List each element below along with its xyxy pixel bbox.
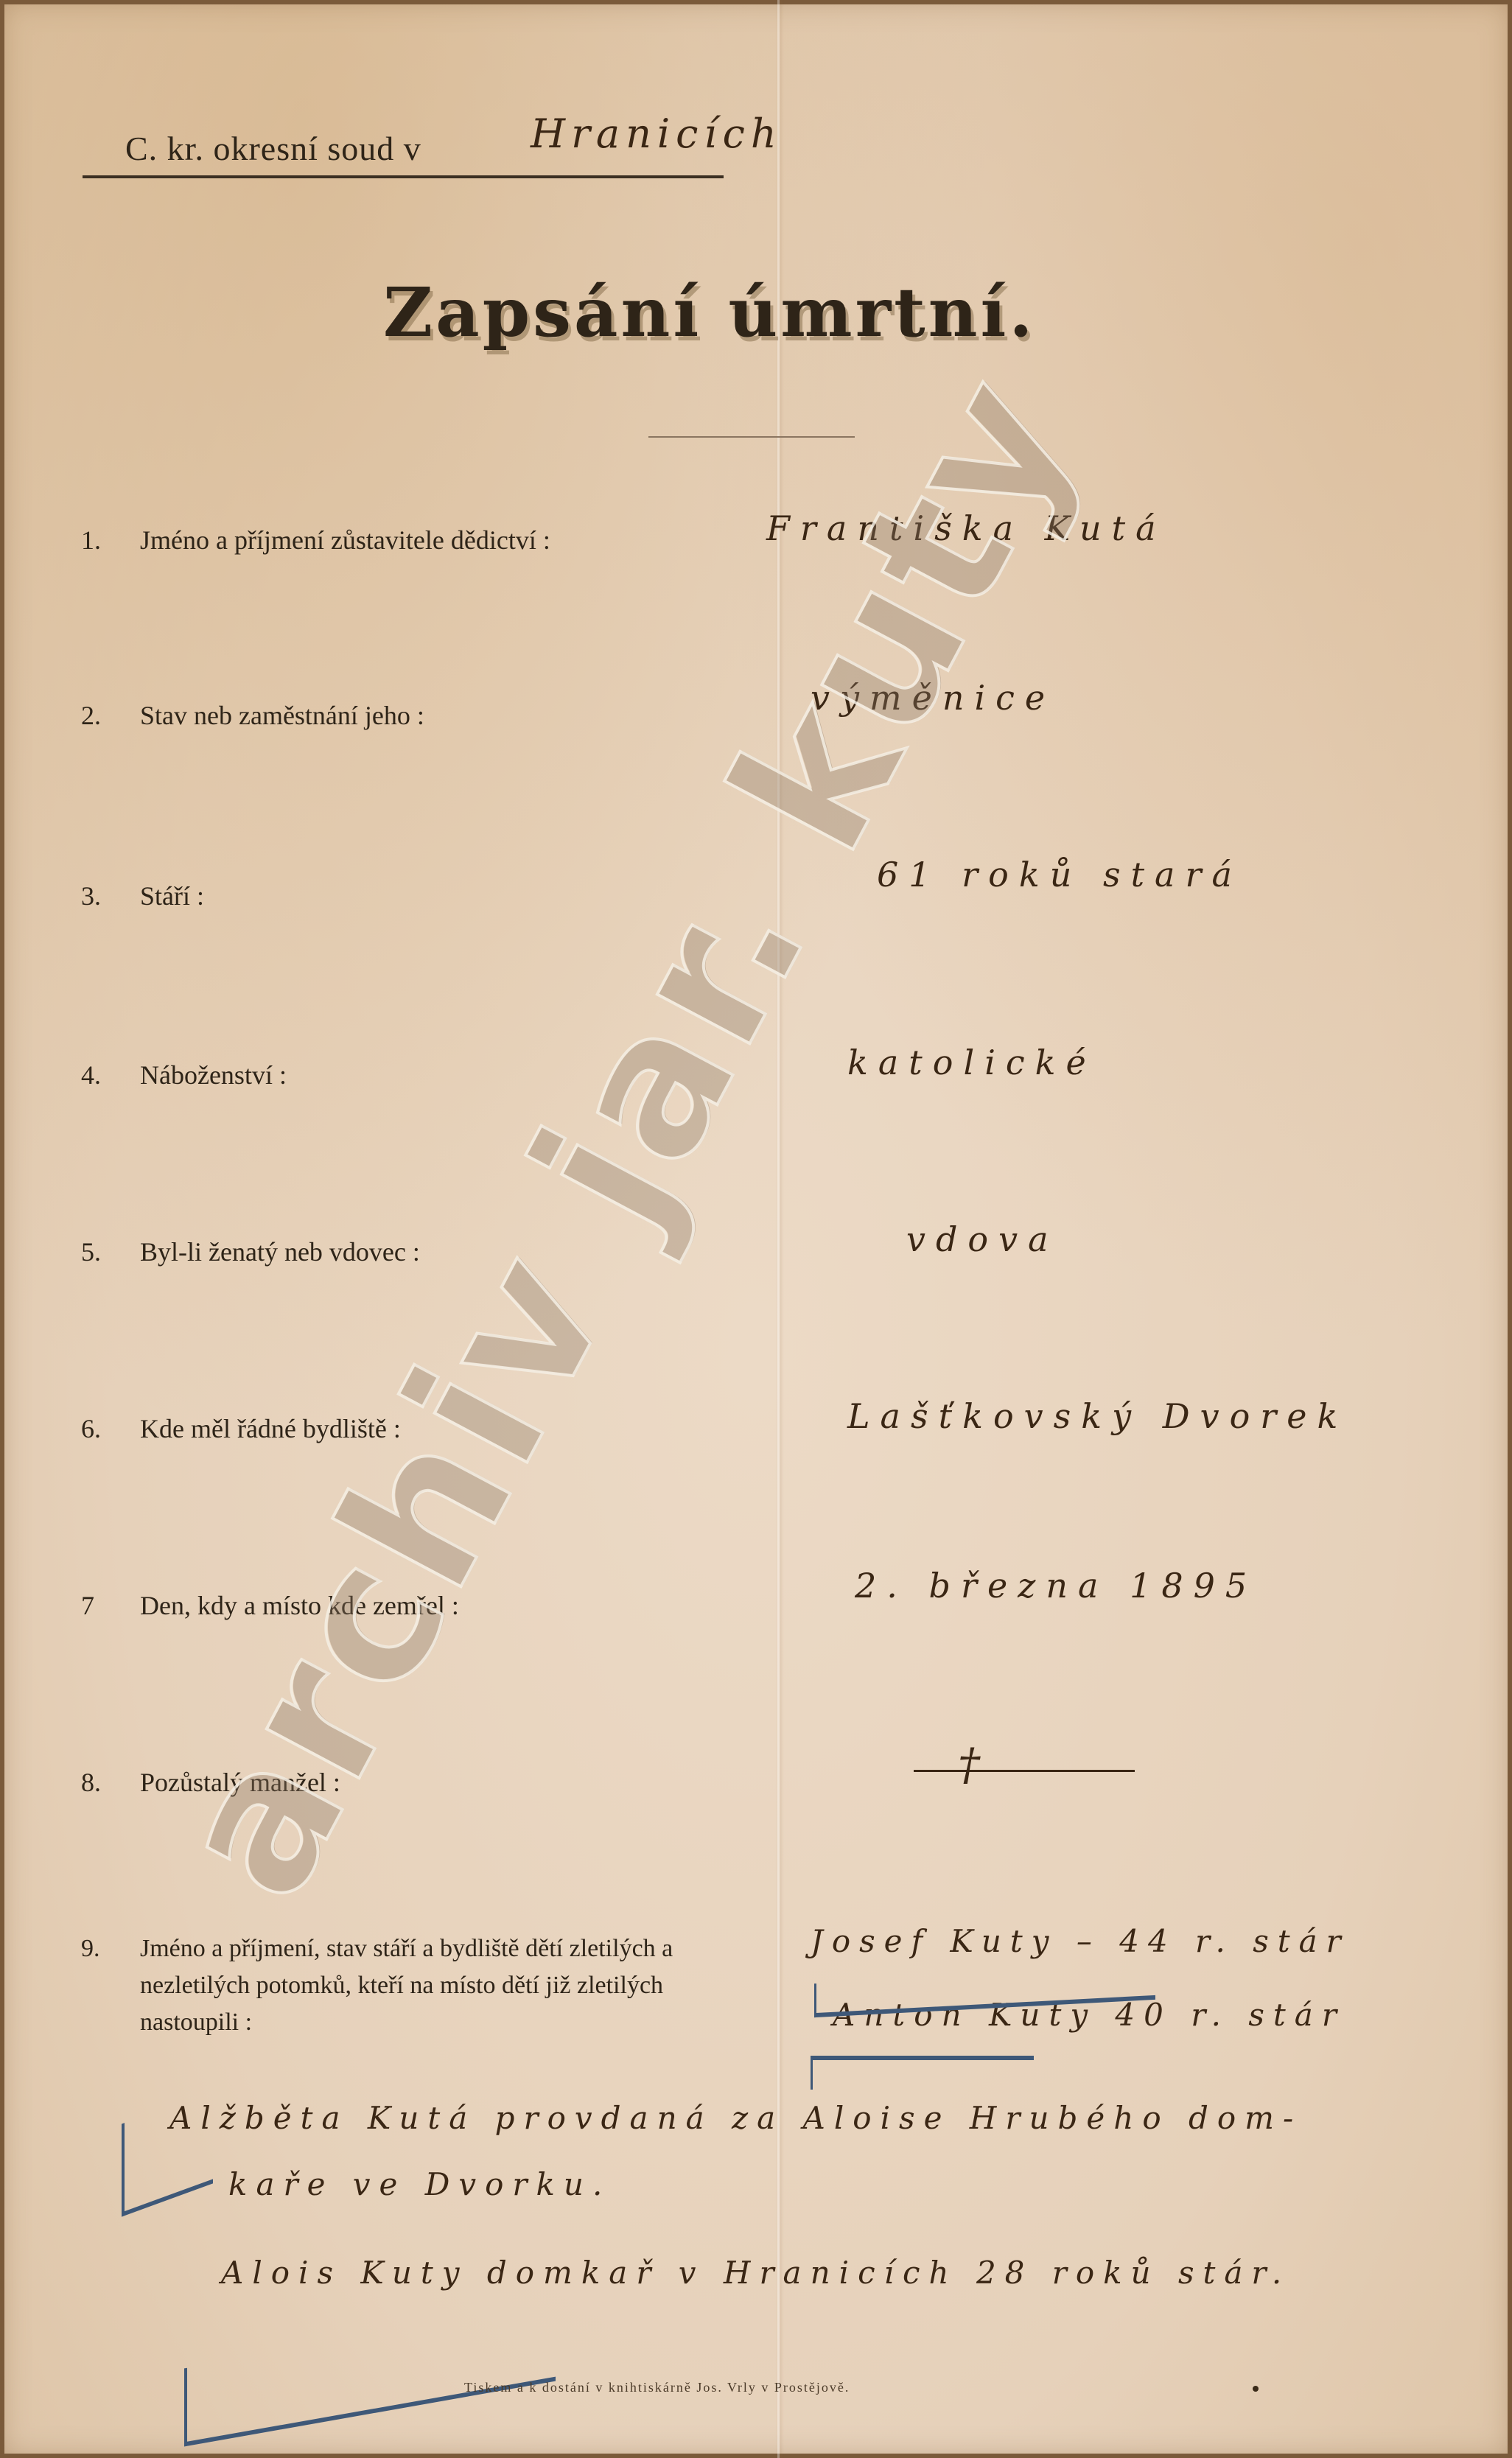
field-5-value: vdova <box>906 1219 1059 1259</box>
field-7-value: 2. března 1895 <box>855 1566 1257 1606</box>
field-2-label: 2.Stav neb zaměstnání jeho : <box>81 700 424 731</box>
field-6-value: Lašťkovský Dvorek <box>847 1396 1348 1436</box>
field-4-label: 4.Náboženství : <box>81 1060 287 1090</box>
court-prefix: C. kr. okresní soud v <box>125 130 421 167</box>
note-line-3: Alois Kuty domkař v Hranicích 28 roků st… <box>221 2255 1290 2291</box>
field-4-value: katolické <box>847 1043 1096 1082</box>
field-8-dash <box>914 1770 1135 1772</box>
printer-imprint: Tiskem a k dostání v knihtiskárně Jos. V… <box>464 2380 850 2395</box>
court-underline <box>83 175 724 178</box>
title-divider <box>648 436 855 438</box>
document-page: C. kr. okresní soud v Hranicích Zapsání … <box>0 0 1512 2458</box>
court-location-handwritten: Hranicích <box>531 111 783 157</box>
blue-pencil-mark-4 <box>184 2303 556 2447</box>
ink-spot <box>1253 2386 1259 2392</box>
field-8-value: † <box>958 1739 990 1790</box>
field-3-value: 61 roků stará <box>877 855 1242 894</box>
field-1-number: 1. <box>81 525 140 556</box>
field-3-label: 3.Stáří : <box>81 880 204 911</box>
field-9-value-1: Josef Kuty – 44 r. stár <box>811 1923 1350 1959</box>
page-title: Zapsání úmrtní. <box>383 273 1035 352</box>
blue-pencil-mark-2 <box>811 2056 1034 2090</box>
note-line-2: kaře ve Dvorku. <box>228 2166 611 2202</box>
watermark: archiv jar. kuty <box>133 341 1119 1932</box>
field-5-label: 5.Byl-li ženatý neb vdovec : <box>81 1236 420 1267</box>
field-1-label: 1.Jméno a příjmení zůstavitele dědictví … <box>81 525 550 556</box>
court-header: C. kr. okresní soud v <box>125 129 421 168</box>
note-line-1: Alžběta Kutá provdaná za Aloise Hrubého … <box>169 2100 1302 2136</box>
field-9-label: 9. Jméno a příjmení, stav stáří a bydliš… <box>81 1930 729 2041</box>
paper-fold <box>777 0 780 2458</box>
